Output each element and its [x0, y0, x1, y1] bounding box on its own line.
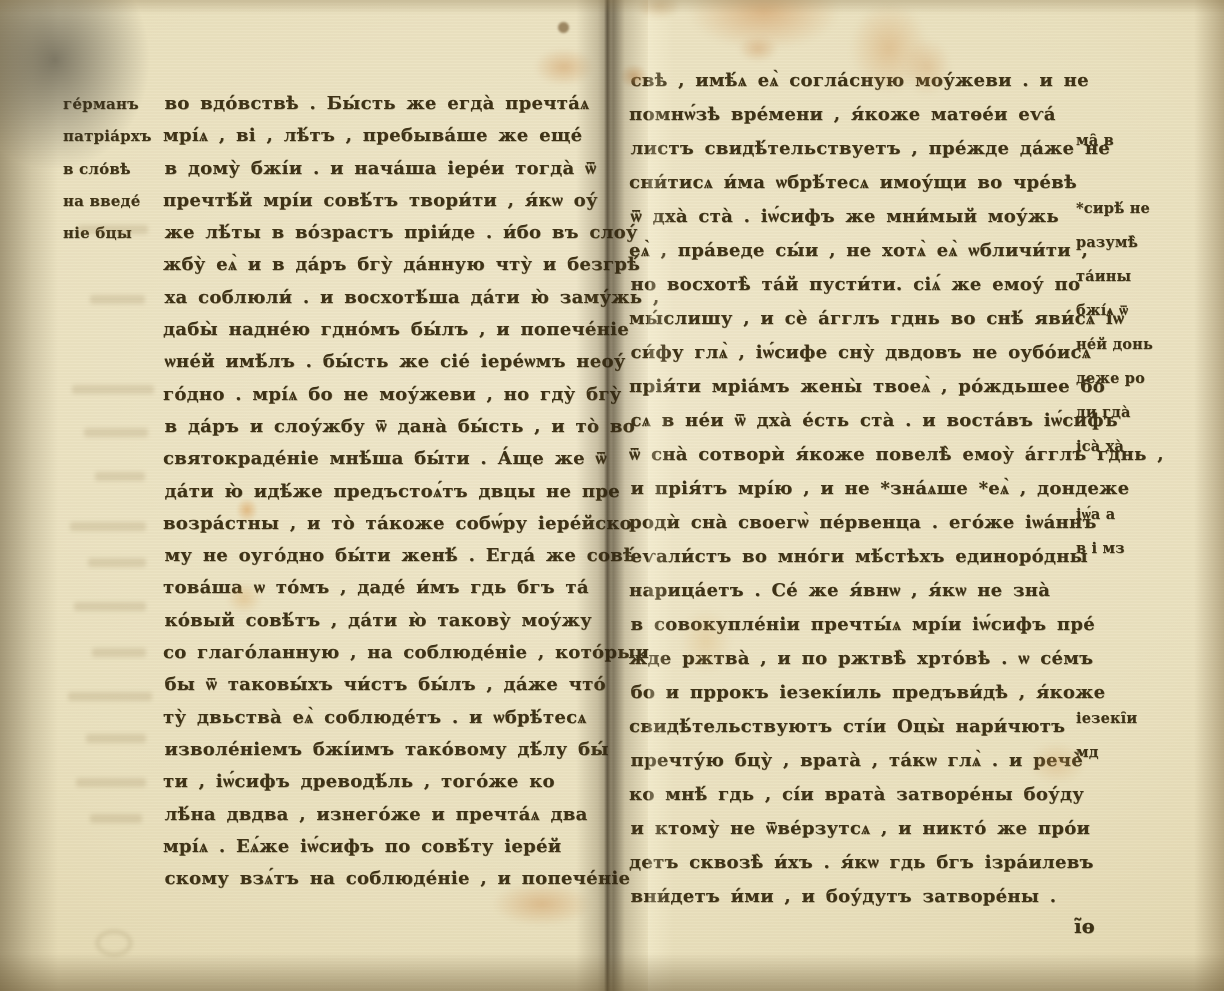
text-line: жбу̀ еѧ̀ и в да́ръ бгу̀ да́нную чту̀ и б…	[163, 249, 599, 281]
bleed-through	[92, 648, 146, 657]
left-margin-citation: ге́рманъпатріа́рхъв сло́вѣна введе́ніе б…	[63, 88, 163, 249]
text-line: но восхотѣ̀ та́й пусти́ти. сіѧ́ же емоу́…	[631, 268, 1071, 302]
margin-note: ма̑ в	[1076, 132, 1114, 150]
text-line: ко мнѣ́ гдь , сі́и врата̀ затворе́ны боу…	[629, 778, 1069, 812]
margin-citation-line: ге́рманъ	[63, 88, 163, 120]
text-line: свѣ , имѣ́ѧ еѧ̀ согла́сную моу́жеви . и …	[631, 64, 1071, 98]
text-line: и ктому̀ не ѿве́рзутсѧ , и никто́ же про…	[631, 812, 1071, 846]
book-scan: ге́рманъпатріа́рхъв сло́вѣна введе́ніе б…	[0, 0, 1224, 991]
text-line: родѝ сна̀ своегѡ̀ пе́рвенца . его́же іѡа…	[629, 506, 1069, 540]
bleed-through	[68, 692, 152, 701]
text-line: в дому̀ бжі́и . и нача́ша іере́и тогда̀ …	[165, 153, 601, 185]
text-line: ѿ сна̀ сотворѝ я́коже повелѣ̀ емоу̀ а́гг…	[629, 438, 1069, 472]
page-edge-right	[1194, 0, 1224, 991]
text-line: возра́стны , и то̀ та́коже собѡ́ру іере́…	[163, 508, 599, 540]
bleed-through	[74, 602, 146, 611]
margin-citation-line: ніе бцы	[63, 217, 163, 249]
text-line: лѣ́на двдва , изнего́же и пречта́ѧ два	[165, 799, 601, 831]
margin-citation-line: в сло́вѣ	[63, 153, 163, 185]
text-line: ѡне́й имѣ́лъ . бы́сть же сіе́ іере́ѡмъ н…	[165, 346, 601, 378]
bleed-through	[95, 472, 145, 481]
text-line: изволе́ніемъ бжі́имъ тако́вому дѣ́лу бы́	[165, 734, 601, 766]
page-edge-left	[0, 0, 58, 991]
bleed-through	[84, 428, 148, 437]
margin-note: мд	[1076, 744, 1099, 762]
page-edge-bottom	[0, 953, 1224, 991]
text-line: мы́слишу , и сѐ а́гглъ гднь во снѣ́ яви́…	[629, 302, 1069, 336]
text-line: детъ сквозѣ̀ и́хъ . я́кѡ гдь бгъ ізра́ил…	[629, 846, 1069, 880]
text-line: ха соблюли́ . и восхотѣ́ша да́ти ю̀ заму…	[165, 282, 601, 314]
margin-note: та́ины	[1076, 268, 1131, 286]
text-line: ту̀ двьства̀ еѧ̀ соблюде́тъ . и ѡбрѣ́тес…	[163, 702, 599, 734]
text-line: си́фу глѧ̀ , іѡ́сифе сну̀ двдовъ не оубо…	[631, 336, 1071, 370]
margin-note: разумѣ̀	[1076, 234, 1138, 252]
text-line: же лѣ́ты в во́зрастъ пріи́де . и́бо въ с…	[165, 217, 601, 249]
margin-note: іезекі̑и	[1076, 710, 1137, 728]
text-line: листъ свидѣ́тельствуетъ , пре́жде да́же …	[631, 132, 1071, 166]
text-line: ко́вый совѣ́тъ , да́ти ю̀ такову̀ моу́жу	[165, 605, 601, 637]
text-line: бо и пррокъ іезекі́иль предъви́дѣ , я́ко…	[631, 676, 1071, 710]
text-line: во вдо́вствѣ . Бы́сть же егда̀ пречта́ѧ	[165, 88, 601, 120]
text-line: святокраде́ніе мнѣ́ша бы́ти . А́ще же ѿ	[163, 443, 599, 475]
bleed-through	[88, 558, 146, 567]
margin-note: *сирѣ́ не	[1076, 200, 1150, 218]
stain	[534, 48, 594, 86]
text-line: мрі́ѧ . Еѧ́же іѡ́сифъ по совѣ́ту іере́й	[163, 831, 599, 863]
text-line: пречтѣ́й мрі́и совѣ́тъ твори́ти , я́кѡ о…	[163, 185, 599, 217]
text-line: бы ѿ таковы́хъ чи́стъ бы́лъ , да́же что́	[165, 669, 601, 701]
text-line: в совокупле́ніи пречты́ѧ мрі́и іѡ́сифъ п…	[631, 608, 1071, 642]
bleed-through	[86, 734, 146, 743]
text-line: да́ти ю̀ идѣ́же предъстоѧ́тъ двцы не пре	[165, 476, 601, 508]
text-line: скому взѧ́тъ на соблюде́ніе , и попече́н…	[165, 863, 601, 895]
stain	[636, 0, 680, 20]
page-edge-top	[0, 0, 1224, 14]
folio-number: і̃ѳ	[1074, 914, 1095, 938]
text-line: помнѡ́зѣ вре́мени , я́коже матѳе́и еѵа́	[629, 98, 1069, 132]
bleed-through	[90, 814, 142, 823]
text-line: свидѣ́тельствуютъ сті́и Оцы̀ нари́чютъ	[629, 710, 1069, 744]
text-line: сни́тисѧ и́ма ѡбрѣ́тесѧ имоу́щи во чре́в…	[629, 166, 1069, 200]
text-line: това́ша ѡ то́мъ , даде́ и́мъ гдь бгъ та́	[163, 572, 599, 604]
margin-citation-line: патріа́рхъ	[63, 120, 163, 152]
text-line: и прія́тъ мрі́ю , и не *зна́ѧше *еѧ̀ , д…	[631, 472, 1071, 506]
right-page-text: свѣ , имѣ́ѧ еѧ̀ согла́сную моу́жеви . и …	[629, 64, 1069, 914]
bleed-through	[70, 522, 146, 531]
margin-note: іѡ́а а	[1076, 506, 1115, 524]
text-line: вни́детъ и́ми , и боу́дутъ затворе́ны .	[631, 880, 1071, 914]
text-line: жде ржтва̀ , и по ржтвѣ̀ хрто́вѣ . ѡ се́…	[629, 642, 1069, 676]
text-line: пречту́ю бцу̀ , врата̀ , та́кѡ глѧ̀ . и …	[631, 744, 1071, 778]
margin-note: бжі́ѧ ѿ	[1076, 302, 1128, 320]
bleed-through-ring	[96, 930, 132, 956]
margin-note: ди гда̀	[1076, 404, 1131, 422]
text-line: го́дно . мрі́ѧ бо не моу́жеви , но гду̀ …	[163, 379, 599, 411]
text-line: еѵали́стъ во мно́ги мѣ́стѣхъ единоро́дны	[631, 540, 1071, 574]
bleed-through	[76, 778, 146, 787]
margin-citation-line: на введе́	[63, 185, 163, 217]
stain	[688, 0, 840, 50]
text-line: еѧ̀ , пра́веде сы́и , не хотѧ̀ еѧ̀ ѡблич…	[629, 234, 1069, 268]
text-line: со глаго́ланную , на соблюде́ніе , кото́…	[163, 637, 599, 669]
text-line: ѿ дха̀ ста̀ . іѡ́сифъ же мни́мый моу́жь	[631, 200, 1071, 234]
text-line: мрі́ѧ , ві , лѣ́тъ , пребыва́ше же еще́	[163, 120, 599, 152]
text-line: прія́ти мріа́мъ жены̀ твоеѧ̀ , ро́ждьшее…	[629, 370, 1069, 404]
text-line: нарица́етъ . Се́ же я́внѡ , я́кѡ не зна̀	[629, 574, 1069, 608]
text-line: му не оуго́дно бы́ти женѣ́ . Егда́ же со…	[165, 540, 601, 572]
margin-note: деже ро	[1076, 370, 1145, 388]
stain	[738, 36, 778, 62]
text-line: ти , іѡ́сифъ древодѣ́ль , того́же ко	[163, 766, 599, 798]
bleed-through	[90, 295, 145, 304]
margin-note: не́й донь	[1076, 336, 1153, 354]
bleed-through	[72, 385, 154, 394]
margin-note: в і мз	[1076, 540, 1125, 558]
left-page-text: во вдо́вствѣ . Бы́сть же егда̀ пречта́ѧм…	[163, 88, 599, 895]
text-line: дабы̀ надне́ю гдно́мъ бы́лъ , и попече́н…	[163, 314, 599, 346]
text-line: сѧ в не́и ѿ дха̀ е́сть ста̀ . и воста́въ…	[631, 404, 1071, 438]
margin-note: іса̀ ха̀	[1076, 438, 1124, 456]
text-line: в да́ръ и слоу́жбу ѿ дана̀ бы́сть , и то…	[165, 411, 601, 443]
ink-speck	[558, 22, 569, 33]
